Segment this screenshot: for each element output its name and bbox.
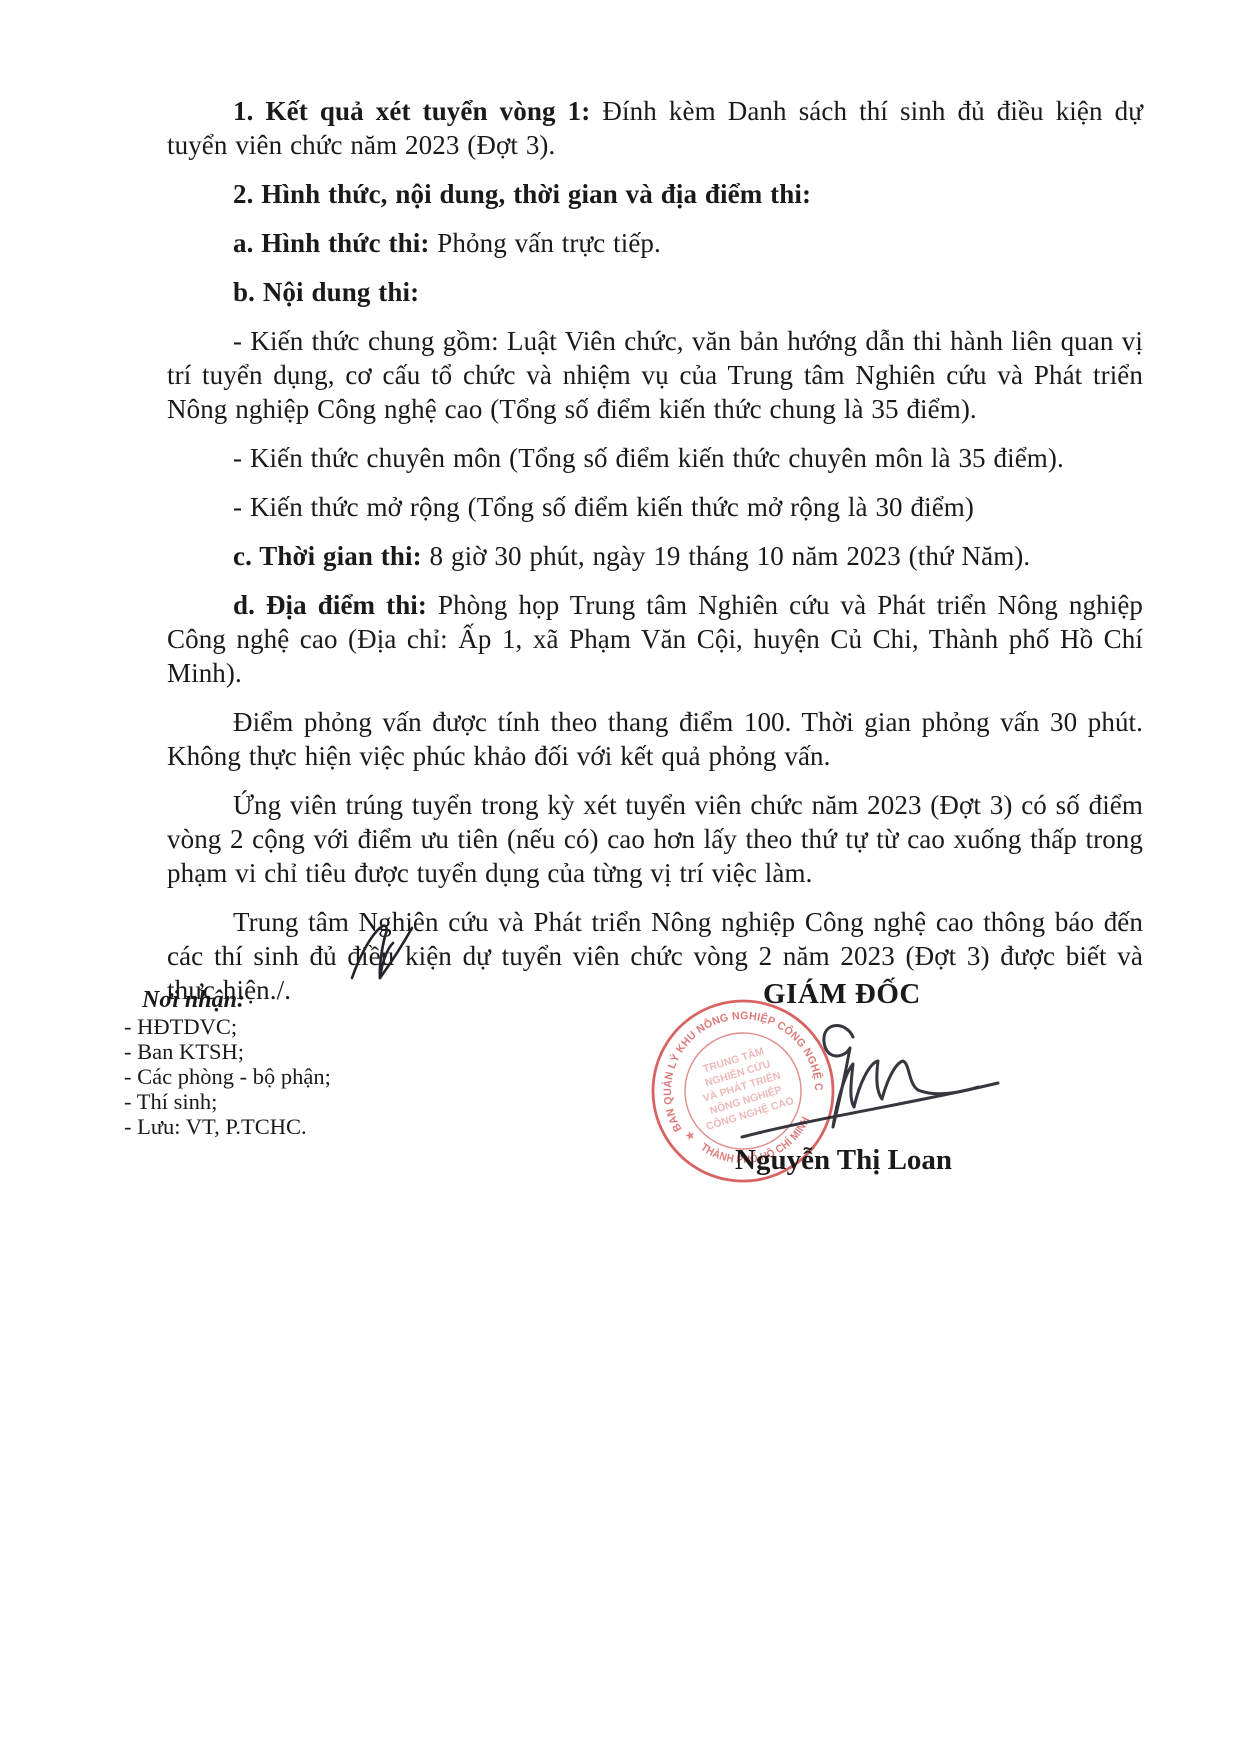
signer-name: Nguyễn Thị Loan — [735, 1144, 1035, 1177]
recipient-item: - Các phòng - bộ phận; — [124, 1064, 454, 1089]
recipient-item: - Thí sinh; — [124, 1089, 454, 1114]
paragraph-text: Phỏng vấn trực tiếp. — [429, 228, 660, 258]
paragraph-text: - Kiến thức chuyên môn (Tổng số điểm kiế… — [233, 443, 1064, 473]
recipients-label: Nơi nhận: — [142, 986, 454, 1014]
director-signature — [740, 1015, 1020, 1150]
paragraph-text: - Kiến thức mở rộng (Tổng số điểm kiến t… — [233, 492, 974, 522]
paragraph: 2. Hình thức, nội dung, thời gian và địa… — [167, 177, 1143, 211]
paragraph-lead: b. Nội dung thi: — [233, 277, 419, 307]
paragraph: d. Địa điểm thi: Phòng họp Trung tâm Ngh… — [167, 588, 1143, 690]
paragraph: - Kiến thức chung gồm: Luật Viên chức, v… — [167, 324, 1143, 426]
paragraph: Điểm phỏng vấn được tính theo thang điểm… — [167, 705, 1143, 773]
document-body: 1. Kết quả xét tuyển vòng 1: Đính kèm Da… — [167, 94, 1143, 1022]
paragraph: a. Hình thức thi: Phỏng vấn trực tiếp. — [167, 226, 1143, 260]
paragraph-lead: c. Thời gian thi: — [233, 541, 422, 571]
recipients-block: Nơi nhận: - HĐTDVC; - Ban KTSH; - Các ph… — [124, 986, 454, 1139]
paragraph: c. Thời gian thi: 8 giờ 30 phút, ngày 19… — [167, 539, 1143, 573]
paragraph-text: Ứng viên trúng tuyển trong kỳ xét tuyển … — [167, 790, 1143, 888]
stamp-star-icon: ★ — [683, 1127, 697, 1144]
paragraph: - Kiến thức chuyên môn (Tổng số điểm kiế… — [167, 441, 1143, 475]
paragraph-lead: a. Hình thức thi: — [233, 228, 429, 258]
scanned-document-page: 1. Kết quả xét tuyển vòng 1: Đính kèm Da… — [0, 0, 1240, 1754]
paragraph: b. Nội dung thi: — [167, 275, 1143, 309]
recipient-item: - Lưu: VT, P.TCHC. — [124, 1114, 454, 1139]
paragraph: Ứng viên trúng tuyển trong kỳ xét tuyển … — [167, 788, 1143, 890]
paragraph-text: 8 giờ 30 phút, ngày 19 tháng 10 năm 2023… — [422, 541, 1031, 571]
paragraph-text: Điểm phỏng vấn được tính theo thang điểm… — [167, 707, 1143, 771]
paragraph-lead: 2. Hình thức, nội dung, thời gian và địa… — [233, 179, 811, 209]
initial-signature — [346, 920, 426, 986]
paragraph-lead: d. Địa điểm thi: — [233, 590, 427, 620]
recipient-item: - HĐTDVC; — [124, 1014, 454, 1039]
recipient-item: - Ban KTSH; — [124, 1039, 454, 1064]
paragraph: - Kiến thức mở rộng (Tổng số điểm kiến t… — [167, 490, 1143, 524]
paragraph: 1. Kết quả xét tuyển vòng 1: Đính kèm Da… — [167, 94, 1143, 162]
paragraph-lead: 1. Kết quả xét tuyển vòng 1: — [233, 96, 590, 126]
paragraph-text: - Kiến thức chung gồm: Luật Viên chức, v… — [167, 326, 1143, 424]
